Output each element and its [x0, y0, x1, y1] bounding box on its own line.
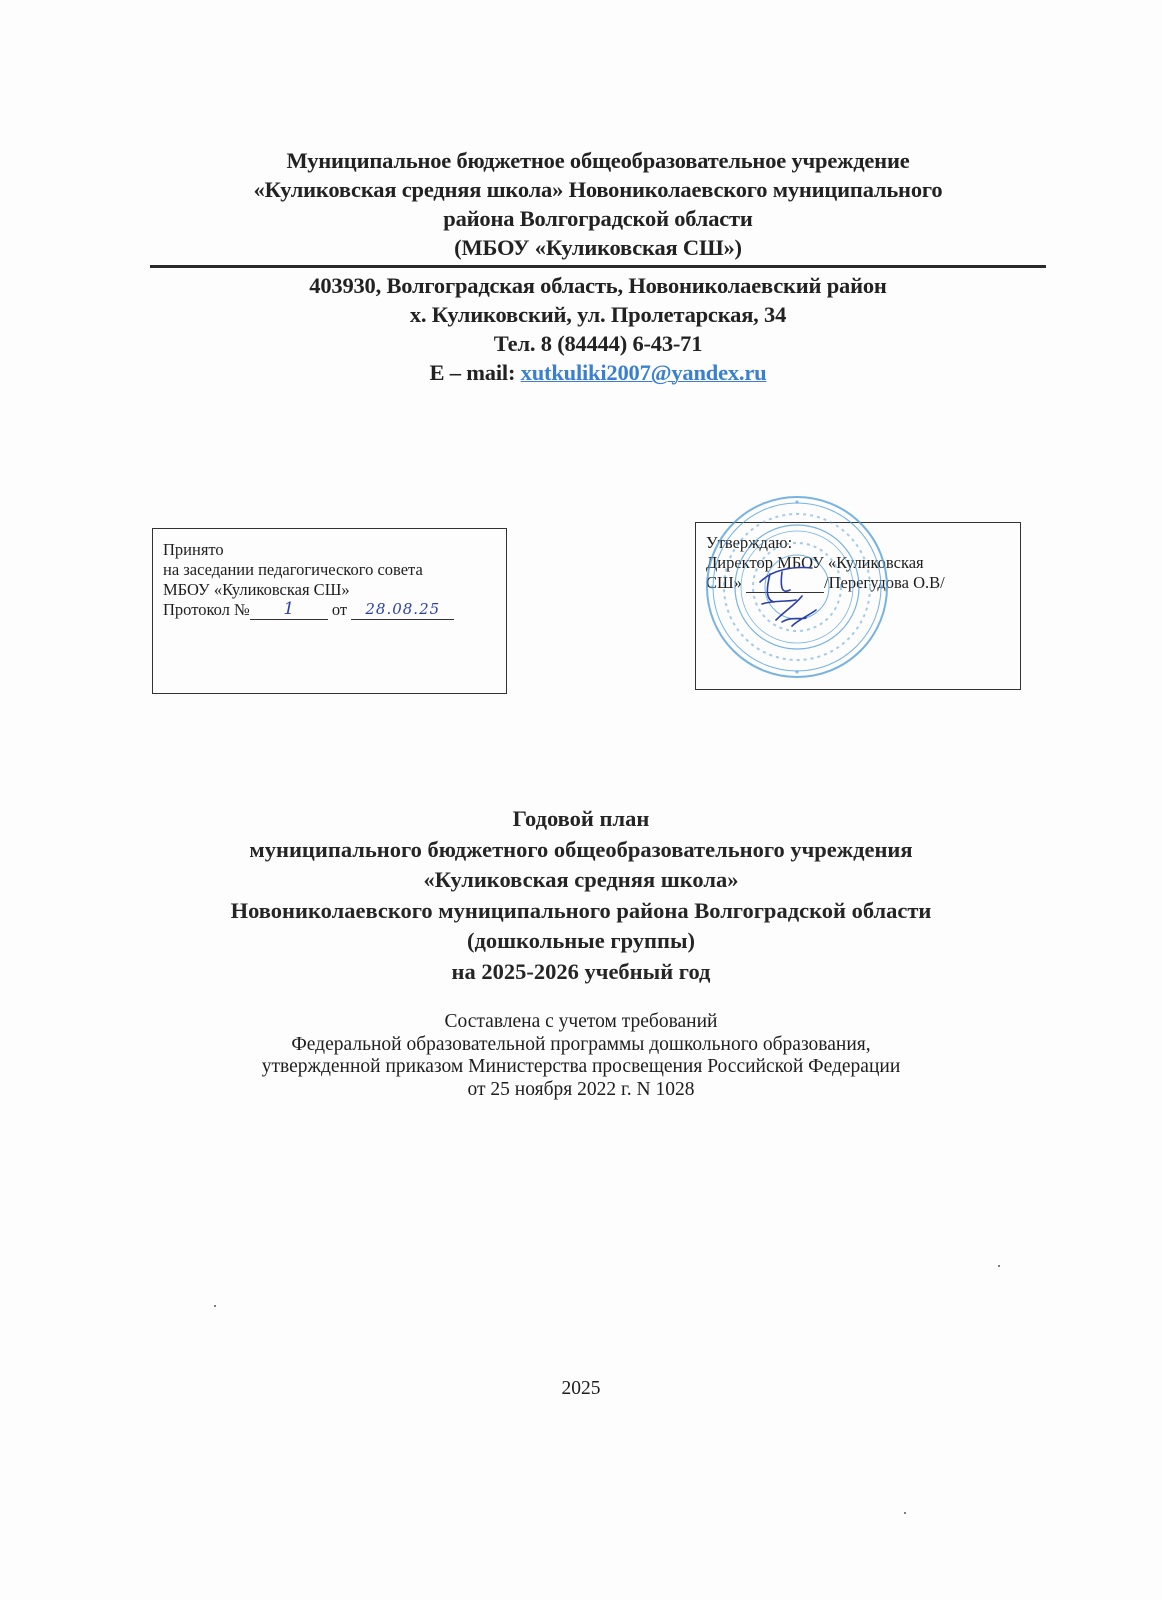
protocol-label: Протокол № — [163, 600, 250, 619]
scan-speck — [998, 1265, 1000, 1267]
document-title: Годовой план муниципального бюджетного о… — [120, 804, 1042, 987]
approved-box: Утверждаю: Директор МБОУ «Куликовская СШ… — [695, 522, 1021, 690]
subtitle-line-3: утвержденной приказом Министерства просв… — [120, 1056, 1042, 1079]
title-line-4: Новониколаевского муниципального района … — [120, 896, 1042, 927]
protocol-date: 28.08.25 — [351, 601, 454, 620]
subtitle-line-1: Составлена с учетом требований — [120, 1011, 1042, 1034]
organization-header: Муниципальное бюджетное общеобразователь… — [150, 146, 1046, 262]
org-name-line-2: «Куликовская средняя школа» Новониколаев… — [150, 175, 1046, 204]
date-label: от — [328, 600, 352, 619]
document-page: Муниципальное бюджетное общеобразователь… — [0, 0, 1162, 1600]
document-year: 2025 — [0, 1378, 1162, 1400]
signature-icon — [752, 560, 822, 640]
org-name-line-1: Муниципальное бюджетное общеобразователь… — [150, 146, 1046, 175]
title-line-3: «Куликовская средняя школа» — [120, 865, 1042, 896]
contact-block: 403930, Волгоградская область, Новоникол… — [150, 271, 1046, 387]
approve-label: Утверждаю: — [706, 533, 1010, 553]
school-line: МБОУ «Куликовская СШ» — [163, 580, 496, 600]
subtitle-line-2: Федеральной образовательной программы до… — [120, 1034, 1042, 1057]
email-label: E – mail: — [430, 360, 521, 385]
signatory-name: /Перегудова О.В/ — [824, 573, 945, 592]
header-divider — [150, 265, 1046, 268]
protocol-number: 1 — [250, 601, 328, 620]
accepted-box: Принято на заседании педагогического сов… — [152, 528, 507, 694]
scan-speck — [214, 1305, 216, 1307]
protocol-line: Протокол №1 от 28.08.25 — [163, 600, 496, 620]
address-line-1: 403930, Волгоградская область, Новоникол… — [150, 271, 1046, 300]
document-subtitle: Составлена с учетом требований Федеральн… — [120, 1011, 1042, 1101]
title-line-1: Годовой план — [120, 804, 1042, 835]
accepted-label: Принято — [163, 540, 496, 560]
email-row: E – mail: xutkuliki2007@yandex.ru — [150, 358, 1046, 387]
subtitle-line-4: от 25 ноября 2022 г. N 1028 — [120, 1079, 1042, 1102]
title-line-5: (дошкольные группы) — [120, 926, 1042, 957]
address-line-2: х. Куликовский, ул. Пролетарская, 34 — [150, 300, 1046, 329]
email-link[interactable]: xutkuliki2007@yandex.ru — [521, 360, 767, 385]
org-short-name: (МБОУ «Куликовская СШ») — [150, 233, 1046, 262]
title-line-6: на 2025-2026 учебный год — [120, 957, 1042, 988]
council-line: на заседании педагогического совета — [163, 560, 496, 580]
director-line-cont: СШ» — [706, 573, 746, 592]
org-name-line-3: района Волгоградской области — [150, 204, 1046, 233]
title-line-2: муниципального бюджетного общеобразовате… — [120, 835, 1042, 866]
scan-speck — [904, 1512, 906, 1514]
phone: Тел. 8 (84444) 6-43-71 — [150, 329, 1046, 358]
